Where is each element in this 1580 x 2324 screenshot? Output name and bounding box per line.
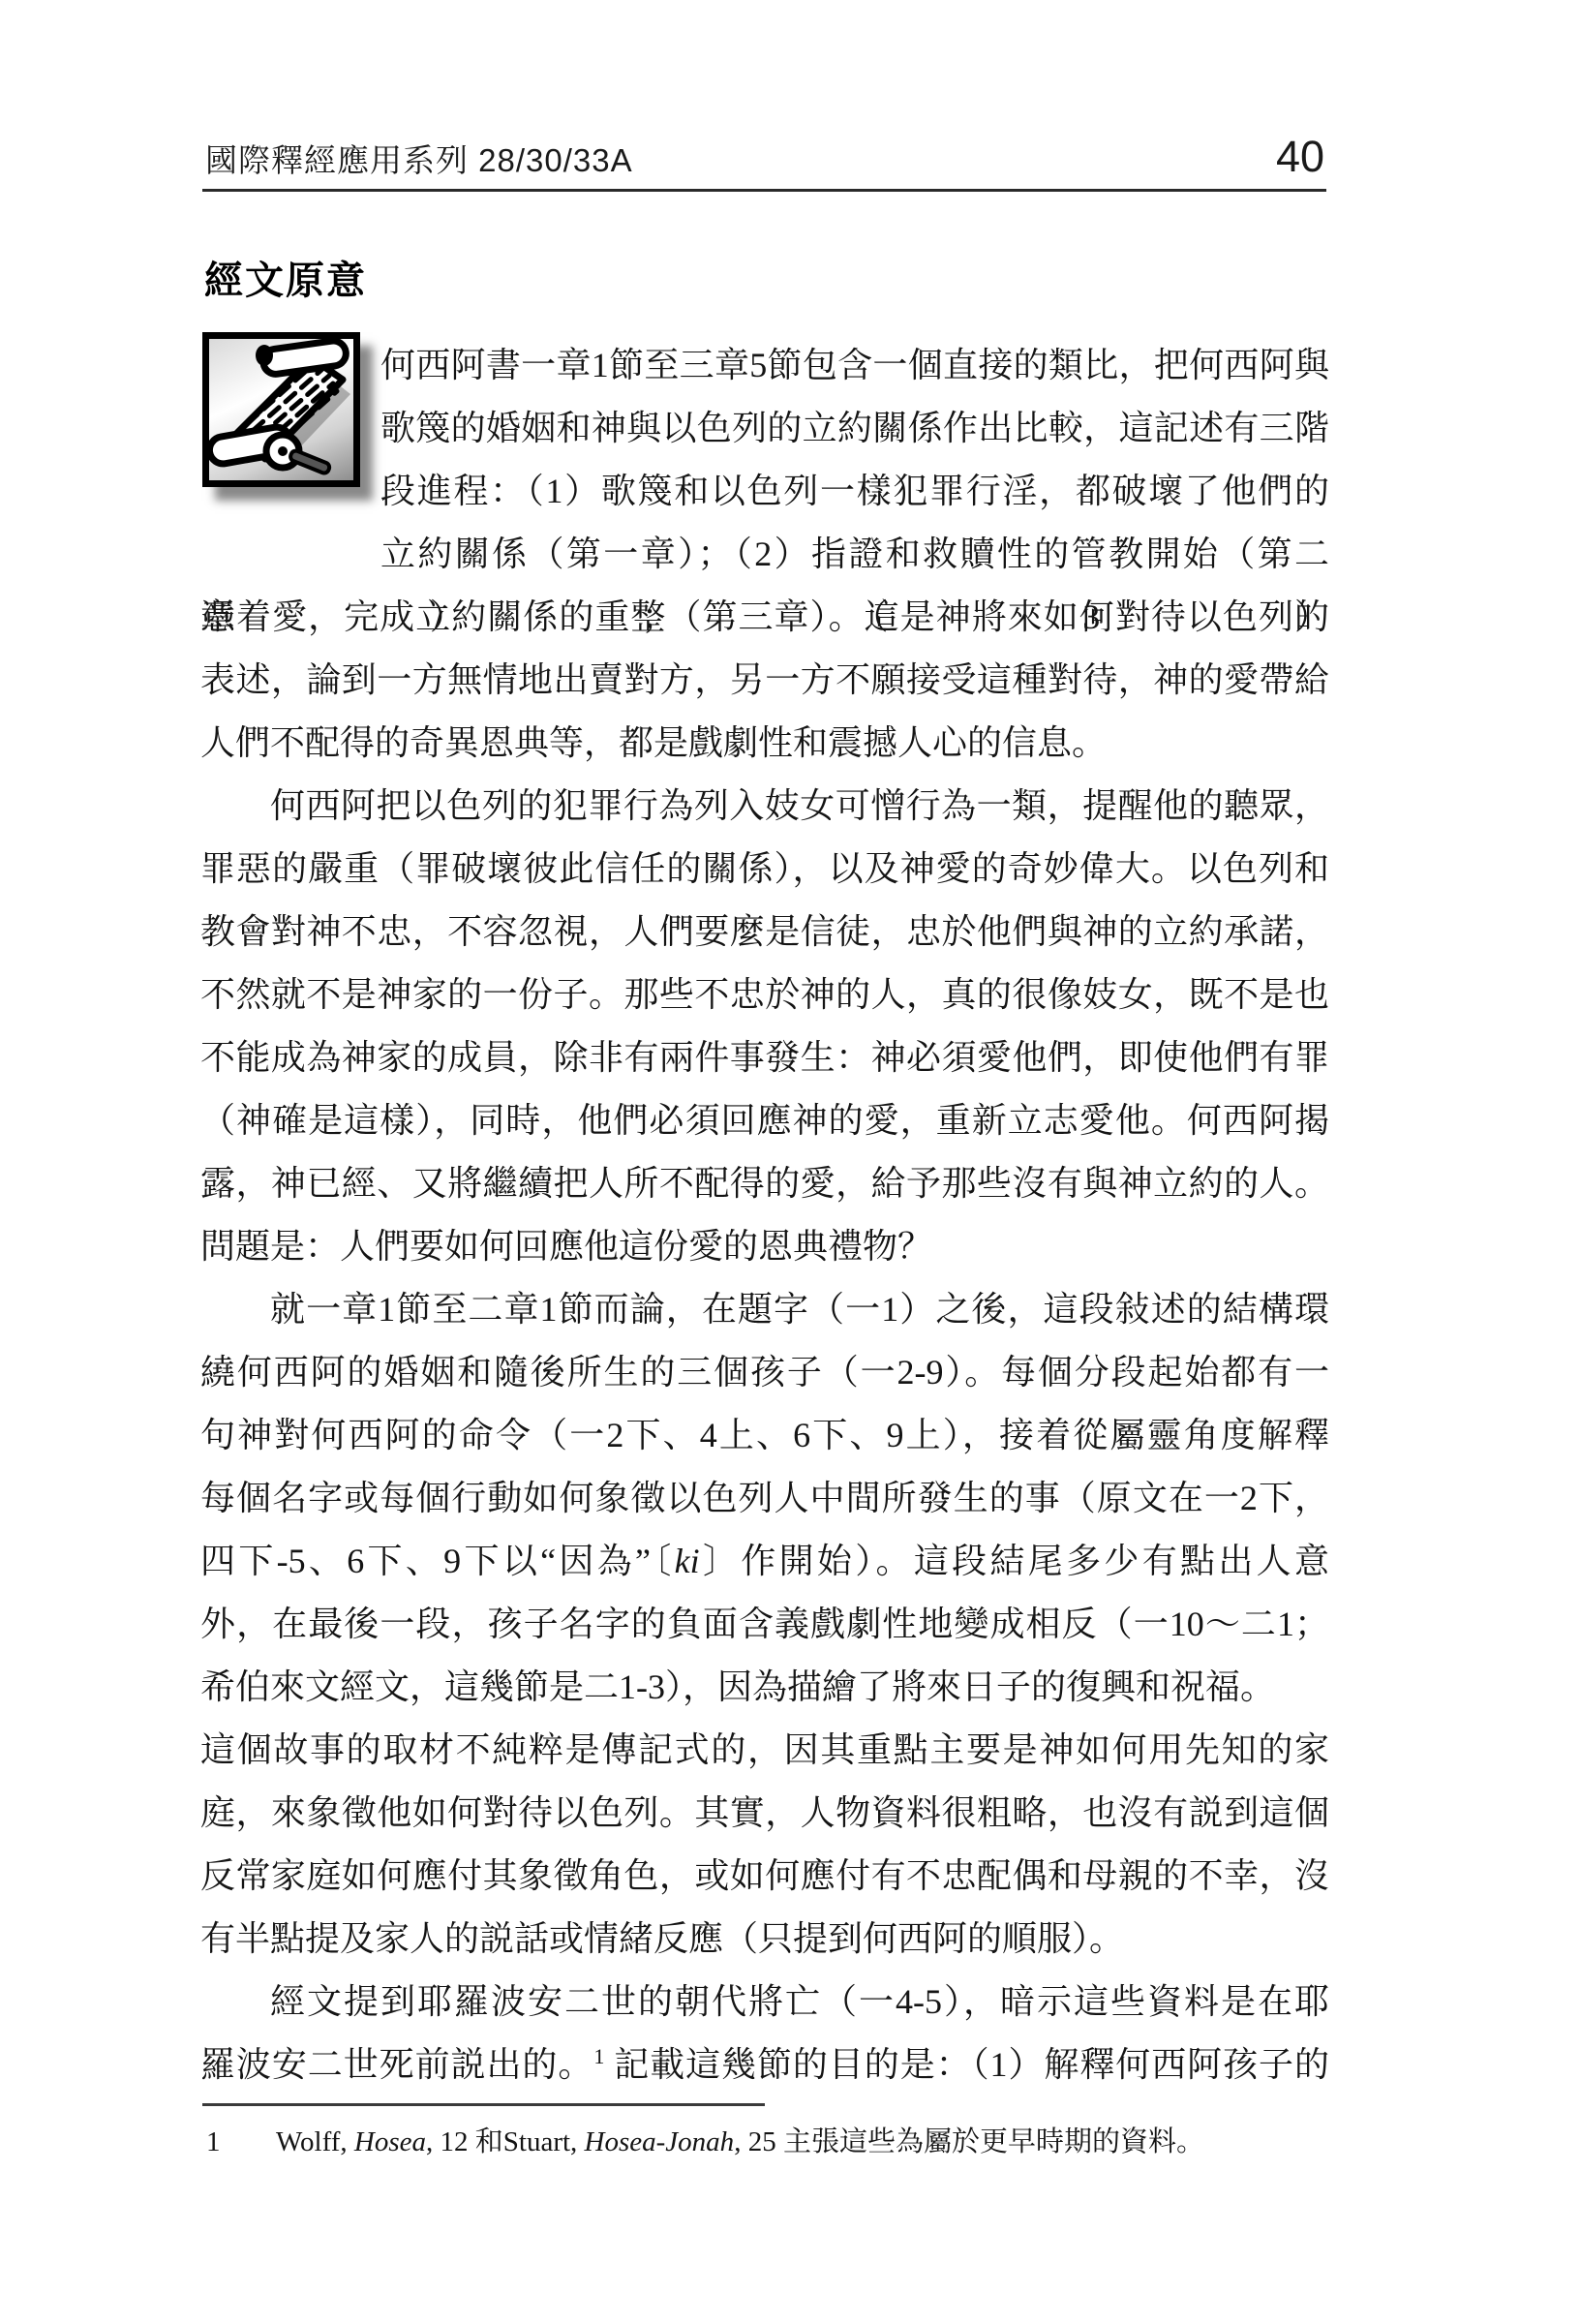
body-line: 句神對何西阿的命令（一2下、4上、6下、9上），接着從屬靈角度解釋 <box>200 1404 1329 1467</box>
text-run: 經文提到耶羅波安二世的朝代將亡（一4-5），暗示這些資料是在耶 <box>270 1982 1329 2021</box>
series-title: 國際釋經應用系列 28/30/33A <box>205 141 633 180</box>
text-run: 段進程：（1）歌篾和以色列一樣犯罪行淫，都破壞了他們的 <box>380 472 1329 510</box>
body-line: 何西阿把以色列的犯罪行為列入妓女可憎行為一類，提醒他的聽眾， <box>200 775 1329 838</box>
text-run: 這個故事的取材不純粹是傳記式的，因其重點主要是神如何用先知的家 <box>200 1730 1329 1769</box>
section-heading: 經文原意 <box>204 258 367 304</box>
text-run: Wolff, <box>276 2126 354 2157</box>
text-run: （神確是這樣），同時，他們必須回應神的愛，重新立志愛他。何西阿揭 <box>200 1101 1329 1140</box>
icon-text-wrap-spacer <box>200 334 380 524</box>
text-run: 羅波安二世死前説出的。 <box>200 2045 593 2084</box>
body-line: 反常家庭如何應付其象徵角色，或如何應付有不忠配偶和母親的不幸，沒 <box>200 1845 1329 1908</box>
text-run: 句神對何西阿的命令（一2下、4上、6下、9上），接着從屬靈角度解釋 <box>200 1416 1329 1454</box>
body-line: 問題是：人們要如何回應他這份愛的恩典禮物？ <box>200 1215 1329 1278</box>
body-line: 外，在最後一段，孩子名字的負面含義戲劇性地變成相反（一10～二1； <box>200 1593 1329 1656</box>
body-line: 羅波安二世死前説出的。1 記載這幾節的目的是：（1）解釋何西阿孩子的 <box>200 2033 1329 2096</box>
text-run: 每個名字或每個行動如何象徵以色列人中間所發生的事（原文在一2下， <box>200 1479 1329 1517</box>
text-run: , 25 主張這些為屬於更早時期的資料。 <box>734 2126 1204 2157</box>
text-run: 反常家庭如何應付其象徵角色，或如何應付有不忠配偶和母親的不幸，沒 <box>200 1856 1329 1895</box>
text-run: 四下-5、6下、9下以“因為”〔 <box>200 1542 675 1580</box>
text-run: 露，神已經、又將繼續把人所不配得的愛，給予那些沒有與神立約的人。 <box>200 1164 1329 1203</box>
text-run: 就一章1節至二章1節而論，在題字（一1）之後，這段敍述的結構環 <box>270 1290 1329 1329</box>
text-run: 憑着愛，完成立約關係的重整（第三章）。這是神將來如何對待以色列的 <box>200 597 1329 636</box>
body-line: 這個故事的取材不純粹是傳記式的，因其重點主要是神如何用先知的家 <box>200 1719 1329 1782</box>
text-run: 何西阿書一章1節至三章5節包含一個直接的類比，把何西阿與 <box>380 346 1329 384</box>
text-run: 有半點提及家人的説話或情緒反應（只提到何西阿的順服）。 <box>200 1919 1124 1958</box>
body-line: 繞何西阿的婚姻和隨後所生的三個孩子（一2-9）。每個分段起始都有一 <box>200 1341 1329 1404</box>
body-line: 有半點提及家人的説話或情緒反應（只提到何西阿的順服）。 <box>200 1908 1329 1971</box>
body-line: 表述，論到一方無情地出賣對方，另一方不願接受這種對待，神的愛帶給 <box>200 649 1329 712</box>
text-run: 罪惡的嚴重（罪破壞彼此信任的關係），以及神愛的奇妙偉大。以色列和 <box>200 849 1329 888</box>
body-line: 立約關係（第一章）；（2）指證和救贖性的管教開始（第二章）；（3） <box>200 523 1329 586</box>
body-line: 罪惡的嚴重（罪破壞彼此信任的關係），以及神愛的奇妙偉大。以色列和 <box>200 838 1329 901</box>
body-line: 四下-5、6下、9下以“因為”〔ki〕作開始）。這段結尾多少有點出人意 <box>200 1530 1329 1593</box>
body-line: 經文提到耶羅波安二世的朝代將亡（一4-5），暗示這些資料是在耶 <box>200 1971 1329 2033</box>
text-run: 人們不配得的奇異恩典等，都是戲劇性和震撼人心的信息。 <box>200 723 1107 762</box>
text-run: 表述，論到一方無情地出賣對方，另一方不願接受這種對待，神的愛帶給 <box>200 660 1329 699</box>
footnote-marker: 1 <box>206 2123 276 2161</box>
document-page: 國際釋經應用系列 28/30/33A 40 經文原意 <box>0 0 1580 2324</box>
sup-text: 1 <box>593 2044 604 2068</box>
text-run: , 12 和Stuart, <box>426 2126 585 2157</box>
body-line: 憑着愛，完成立約關係的重整（第三章）。這是神將來如何對待以色列的 <box>200 586 1329 649</box>
body-line: 每個名字或每個行動如何象徵以色列人中間所發生的事（原文在一2下， <box>200 1467 1329 1530</box>
text-run: 何西阿把以色列的犯罪行為列入妓女可憎行為一類，提醒他的聽眾， <box>270 786 1329 825</box>
body-line: 庭，來象徵他如何對待以色列。其實，人物資料很粗略，也沒有説到這個 <box>200 1782 1329 1845</box>
text-run: 希伯來文經文，這幾節是二1-3），因為描繪了將來日子的復興和祝福。 <box>200 1667 1275 1706</box>
italic-text: ki <box>675 1542 700 1580</box>
text-run: 〕作開始）。這段結尾多少有點出人意 <box>700 1542 1329 1580</box>
footnote: 1Wolff, Hosea, 12 和Stuart, Hosea-Jonah, … <box>206 2123 1349 2161</box>
body-text: 何西阿書一章1節至三章5節包含一個直接的類比，把何西阿與歌篾的婚姻和神與以色列的… <box>200 334 1329 2096</box>
text-run: 庭，來象徵他如何對待以色列。其實，人物資料很粗略，也沒有説到這個 <box>200 1793 1329 1832</box>
text-run: 不能成為神家的成員，除非有兩件事發生：神必須愛他們，即使他們有罪 <box>200 1038 1329 1077</box>
text-run: 外，在最後一段，孩子名字的負面含義戲劇性地變成相反（一10～二1； <box>200 1605 1329 1643</box>
footnote-text: Wolff, Hosea, 12 和Stuart, Hosea-Jonah, 2… <box>276 2126 1204 2157</box>
body-line: （神確是這樣），同時，他們必須回應神的愛，重新立志愛他。何西阿揭 <box>200 1089 1329 1152</box>
text-run: 記載這幾節的目的是：（1）解釋何西阿孩子的 <box>604 2045 1329 2084</box>
text-run: 問題是：人們要如何回應他這份愛的恩典禮物？ <box>200 1227 932 1266</box>
italic-text: Hosea <box>354 2126 426 2157</box>
body-line: 露，神已經、又將繼續把人所不配得的愛，給予那些沒有與神立約的人。 <box>200 1152 1329 1215</box>
body-line: 就一章1節至二章1節而論，在題字（一1）之後，這段敍述的結構環 <box>200 1278 1329 1341</box>
body-line: 希伯來文經文，這幾節是二1-3），因為描繪了將來日子的復興和祝福。 <box>200 1656 1329 1719</box>
text-run: 教會對神不忠，不容忽視，人們要麼是信徒，忠於他們與神的立約承諾， <box>200 912 1329 951</box>
text-run: 歌篾的婚姻和神與以色列的立約關係作出比較，這記述有三階 <box>380 409 1329 447</box>
body-line: 人們不配得的奇異恩典等，都是戲劇性和震撼人心的信息。 <box>200 712 1329 775</box>
body-line: 不能成為神家的成員，除非有兩件事發生：神必須愛他們，即使他們有罪 <box>200 1026 1329 1089</box>
body-line: 不然就不是神家的一份子。那些不忠於神的人，真的很像妓女，既不是也 <box>200 963 1329 1026</box>
footnote-rule <box>202 2103 765 2106</box>
page-number: 40 <box>1276 134 1324 180</box>
body-line: 教會對神不忠，不容忽視，人們要麼是信徒，忠於他們與神的立約承諾， <box>200 901 1329 963</box>
text-run: 不然就不是神家的一份子。那些不忠於神的人，真的很像妓女，既不是也 <box>200 975 1329 1014</box>
text-run: 繞何西阿的婚姻和隨後所生的三個孩子（一2-9）。每個分段起始都有一 <box>200 1353 1329 1391</box>
header-rule <box>202 189 1326 192</box>
italic-text: Hosea-Jonah <box>585 2126 735 2157</box>
